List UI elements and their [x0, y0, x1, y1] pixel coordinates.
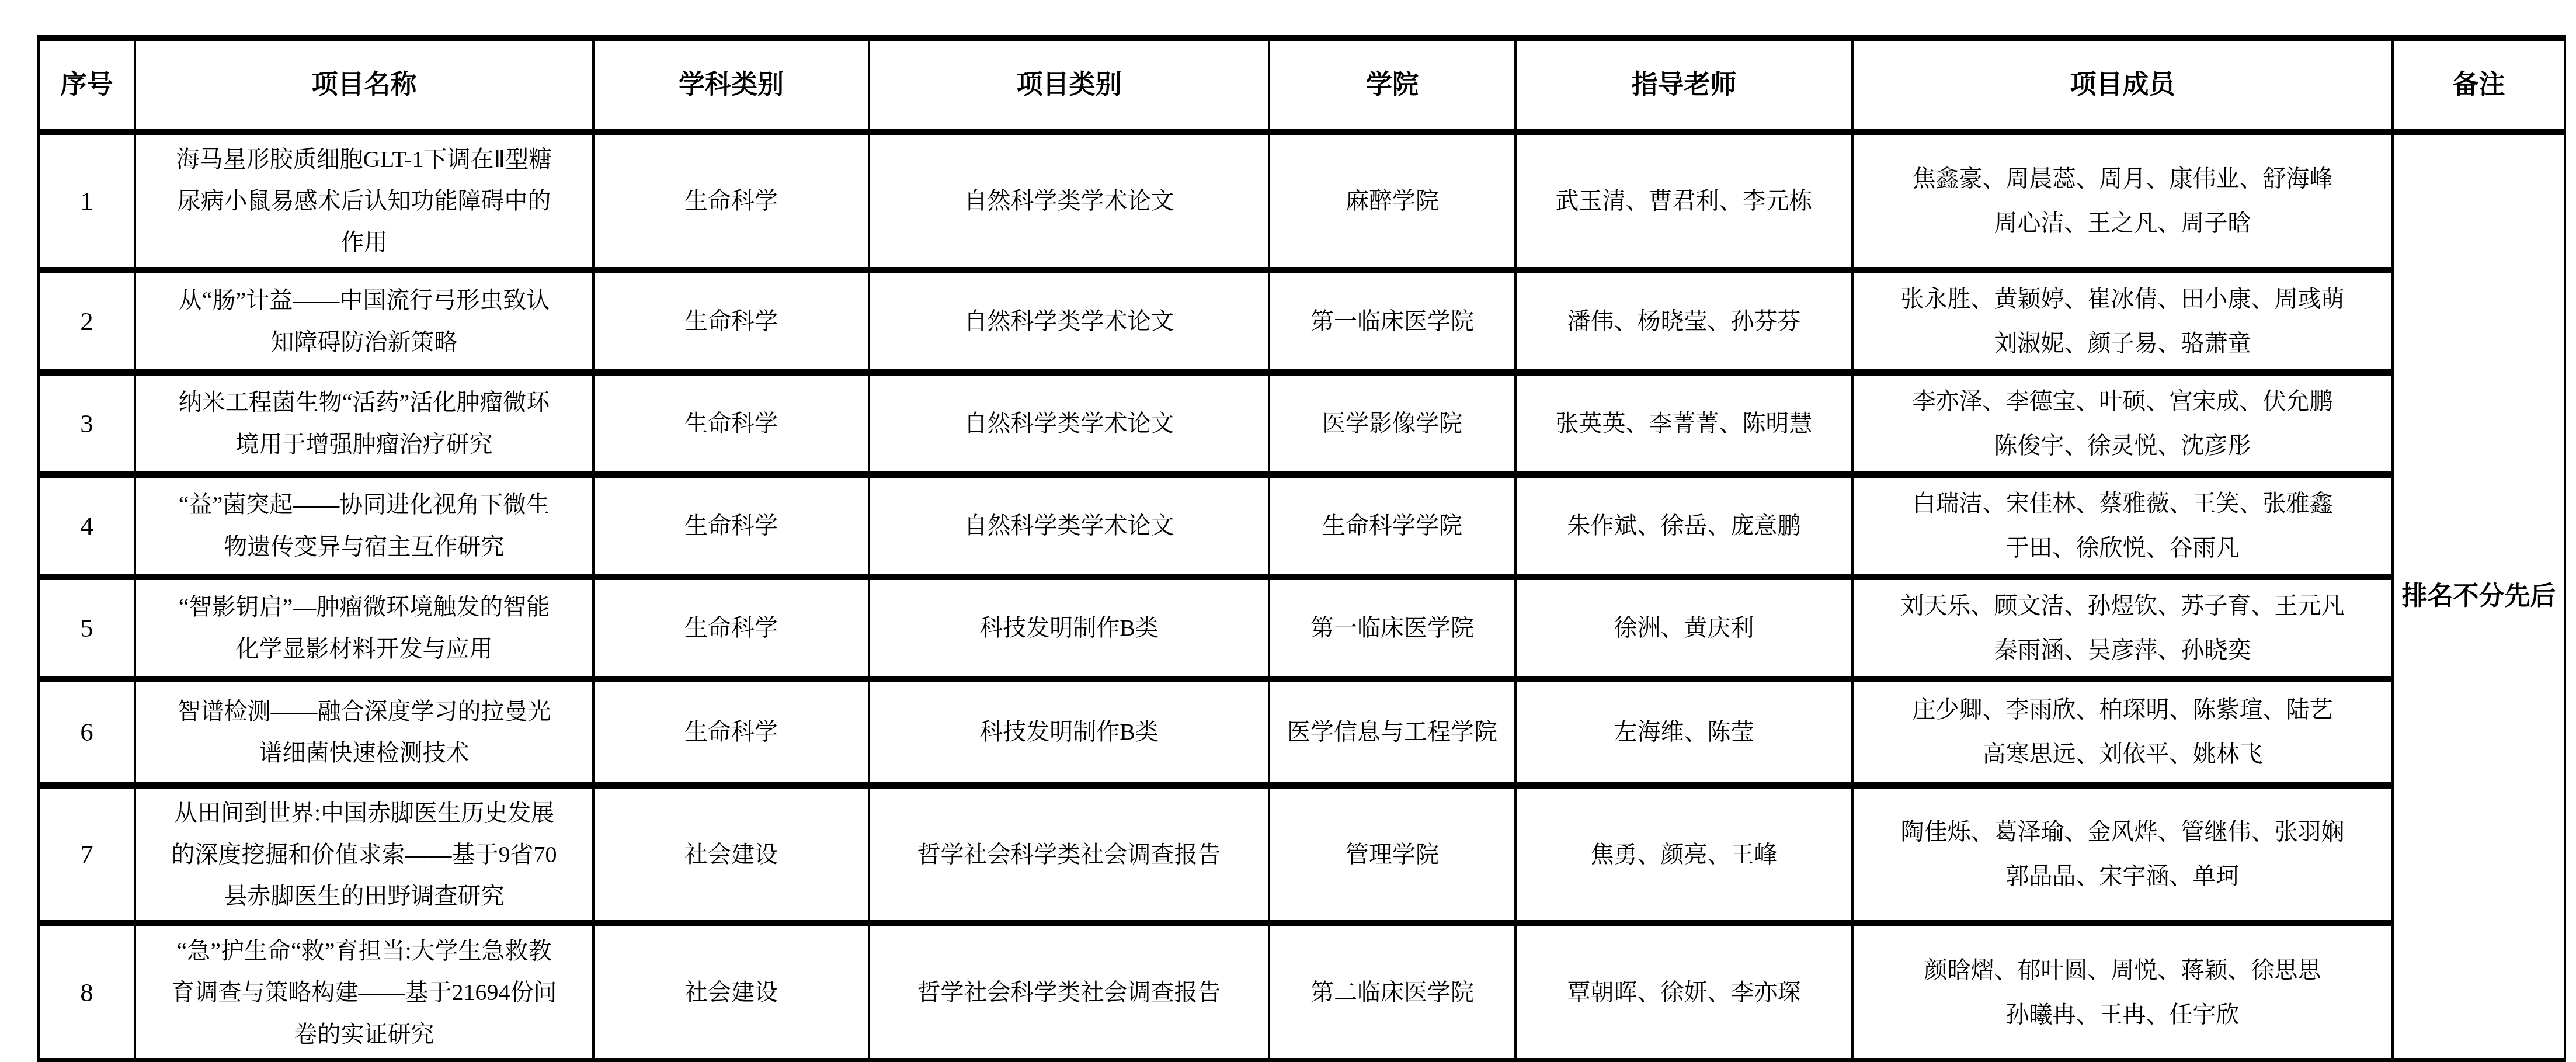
table-row: 6 智谱检测——融合深度学习的拉曼光谱细菌快速检测技术 生命科学 科技发明制作B… [39, 679, 2565, 785]
project-name: 从“肠”计益——中国流行弓形虫致认知障碍防治新策略 [135, 270, 593, 372]
members-line: 颜晗熠、郁叶圆、周悦、蒋颖、徐思思 [1863, 948, 2382, 992]
members-line: 张永胜、黄颖婷、崔冰倩、田小康、周彧萌 [1863, 277, 2382, 321]
members: 陶佳烁、葛泽瑜、金风烨、管继伟、张羽娴 郭晶晶、宋宇涵、单珂 [1852, 785, 2393, 924]
project-category: 哲学社会科学类社会调查报告 [869, 924, 1269, 1062]
members-line: 焦鑫豪、周晨蕊、周月、康伟业、舒海峰 [1863, 157, 2382, 201]
teachers: 朱作斌、徐岳、庞意鹏 [1515, 474, 1852, 577]
college: 医学影像学院 [1269, 372, 1515, 474]
discipline: 生命科学 [593, 474, 869, 577]
college: 第一临床医学院 [1269, 270, 1515, 372]
header-project-category: 项目类别 [869, 39, 1269, 132]
college: 第二临床医学院 [1269, 924, 1515, 1062]
row-number: 3 [39, 372, 135, 474]
members-line: 周心洁、王之凡、周子晗 [1863, 201, 2382, 245]
row-number: 8 [39, 924, 135, 1062]
table-row: 5 “智影钥启”—肿瘤微环境触发的智能化学显影材料开发与应用 生命科学 科技发明… [39, 577, 2565, 679]
members-line: 秦雨涵、吴彦萍、孙晓奕 [1863, 628, 2382, 672]
members: 张永胜、黄颖婷、崔冰倩、田小康、周彧萌 刘淑妮、颜子易、骆萧童 [1852, 270, 2393, 372]
members-line: 庄少卿、李雨欣、柏琛明、陈紫瑄、陆艺 [1863, 688, 2382, 732]
members: 李亦泽、李德宝、叶硕、宫宋成、伏允鹏 陈俊宇、徐灵悦、沈彦彤 [1852, 372, 2393, 474]
members-line: 孙曦冉、王冉、任宇欣 [1863, 992, 2382, 1037]
members-line: 陶佳烁、葛泽瑜、金风烨、管继伟、张羽娴 [1863, 810, 2382, 854]
teachers: 徐洲、黄庆利 [1515, 577, 1852, 679]
project-name: 从田间到世界:中国赤脚医生历史发展的深度挖掘和价值求索——基于9省70县赤脚医生… [135, 785, 593, 924]
project-name: 海马星形胶质细胞GLT-1下调在Ⅱ型糖尿病小鼠易感术后认知功能障碍中的作用 [135, 132, 593, 270]
project-category: 自然科学类学术论文 [869, 372, 1269, 474]
members-line: 郭晶晶、宋宇涵、单珂 [1863, 854, 2382, 898]
row-number: 2 [39, 270, 135, 372]
project-category: 科技发明制作B类 [869, 679, 1269, 785]
project-category: 科技发明制作B类 [869, 577, 1269, 679]
members: 颜晗熠、郁叶圆、周悦、蒋颖、徐思思 孙曦冉、王冉、任宇欣 [1852, 924, 2393, 1062]
header-row: 序号 项目名称 学科类别 项目类别 学院 指导老师 项目成员 备注 [39, 39, 2565, 132]
projects-table-page: 序号 项目名称 学科类别 项目类别 学院 指导老师 项目成员 备注 1 海马星形… [0, 0, 2576, 1062]
members: 焦鑫豪、周晨蕊、周月、康伟业、舒海峰 周心洁、王之凡、周子晗 [1852, 132, 2393, 270]
row-number: 7 [39, 785, 135, 924]
discipline: 生命科学 [593, 577, 869, 679]
row-number: 5 [39, 577, 135, 679]
college: 麻醉学院 [1269, 132, 1515, 270]
header-college: 学院 [1269, 39, 1515, 132]
header-project-name: 项目名称 [135, 39, 593, 132]
teachers: 焦勇、颜亮、王峰 [1515, 785, 1852, 924]
college: 医学信息与工程学院 [1269, 679, 1515, 785]
members-line: 于田、徐欣悦、谷雨凡 [1863, 526, 2382, 570]
college: 生命科学学院 [1269, 474, 1515, 577]
teachers: 覃朝晖、徐妍、李亦琛 [1515, 924, 1852, 1062]
members: 刘天乐、顾文洁、孙煜钦、苏子育、王元凡 秦雨涵、吴彦萍、孙晓奕 [1852, 577, 2393, 679]
project-category: 自然科学类学术论文 [869, 132, 1269, 270]
header-no: 序号 [39, 39, 135, 132]
members: 白瑞洁、宋佳林、蔡雅薇、王笑、张雅鑫 于田、徐欣悦、谷雨凡 [1852, 474, 2393, 577]
remark-cell: 排名不分先后 [2393, 132, 2565, 1062]
project-category: 自然科学类学术论文 [869, 270, 1269, 372]
row-number: 4 [39, 474, 135, 577]
members-line: 陈俊宇、徐灵悦、沈彦彤 [1863, 424, 2382, 468]
header-remark: 备注 [2393, 39, 2565, 132]
discipline: 社会建设 [593, 785, 869, 924]
members-line: 刘天乐、顾文洁、孙煜钦、苏子育、王元凡 [1863, 584, 2382, 628]
members-line: 李亦泽、李德宝、叶硕、宫宋成、伏允鹏 [1863, 379, 2382, 424]
members-line: 白瑞洁、宋佳林、蔡雅薇、王笑、张雅鑫 [1863, 481, 2382, 526]
members-line: 高寒思远、刘依平、姚林飞 [1863, 732, 2382, 776]
teachers: 武玉清、曹君利、李元栋 [1515, 132, 1852, 270]
teachers: 张英英、李菁菁、陈明慧 [1515, 372, 1852, 474]
discipline: 生命科学 [593, 372, 869, 474]
project-name: 智谱检测——融合深度学习的拉曼光谱细菌快速检测技术 [135, 679, 593, 785]
project-name: “益”菌突起——协同进化视角下微生物遗传变异与宿主互作研究 [135, 474, 593, 577]
teachers: 左海维、陈莹 [1515, 679, 1852, 785]
college: 管理学院 [1269, 785, 1515, 924]
table-row: 2 从“肠”计益——中国流行弓形虫致认知障碍防治新策略 生命科学 自然科学类学术… [39, 270, 2565, 372]
members-line: 刘淑妮、颜子易、骆萧童 [1863, 321, 2382, 366]
header-teachers: 指导老师 [1515, 39, 1852, 132]
discipline: 生命科学 [593, 132, 869, 270]
project-name: “急”护生命“救”育担当:大学生急救教育调查与策略构建——基于21694份问卷的… [135, 924, 593, 1062]
teachers: 潘伟、杨晓莹、孙芬芬 [1515, 270, 1852, 372]
table-row: 4 “益”菌突起——协同进化视角下微生物遗传变异与宿主互作研究 生命科学 自然科… [39, 474, 2565, 577]
project-name: 纳米工程菌生物“活药”活化肿瘤微环境用于增强肿瘤治疗研究 [135, 372, 593, 474]
discipline: 生命科学 [593, 270, 869, 372]
projects-table: 序号 项目名称 学科类别 项目类别 学院 指导老师 项目成员 备注 1 海马星形… [37, 35, 2566, 1062]
table-row: 1 海马星形胶质细胞GLT-1下调在Ⅱ型糖尿病小鼠易感术后认知功能障碍中的作用 … [39, 132, 2565, 270]
college: 第一临床医学院 [1269, 577, 1515, 679]
members: 庄少卿、李雨欣、柏琛明、陈紫瑄、陆艺 高寒思远、刘依平、姚林飞 [1852, 679, 2393, 785]
project-name: “智影钥启”—肿瘤微环境触发的智能化学显影材料开发与应用 [135, 577, 593, 679]
row-number: 6 [39, 679, 135, 785]
table-row: 7 从田间到世界:中国赤脚医生历史发展的深度挖掘和价值求索——基于9省70县赤脚… [39, 785, 2565, 924]
discipline: 生命科学 [593, 679, 869, 785]
header-discipline: 学科类别 [593, 39, 869, 132]
project-category: 哲学社会科学类社会调查报告 [869, 785, 1269, 924]
row-number: 1 [39, 132, 135, 270]
table-row: 8 “急”护生命“救”育担当:大学生急救教育调查与策略构建——基于21694份问… [39, 924, 2565, 1062]
header-members: 项目成员 [1852, 39, 2393, 132]
project-category: 自然科学类学术论文 [869, 474, 1269, 577]
discipline: 社会建设 [593, 924, 869, 1062]
table-row: 3 纳米工程菌生物“活药”活化肿瘤微环境用于增强肿瘤治疗研究 生命科学 自然科学… [39, 372, 2565, 474]
